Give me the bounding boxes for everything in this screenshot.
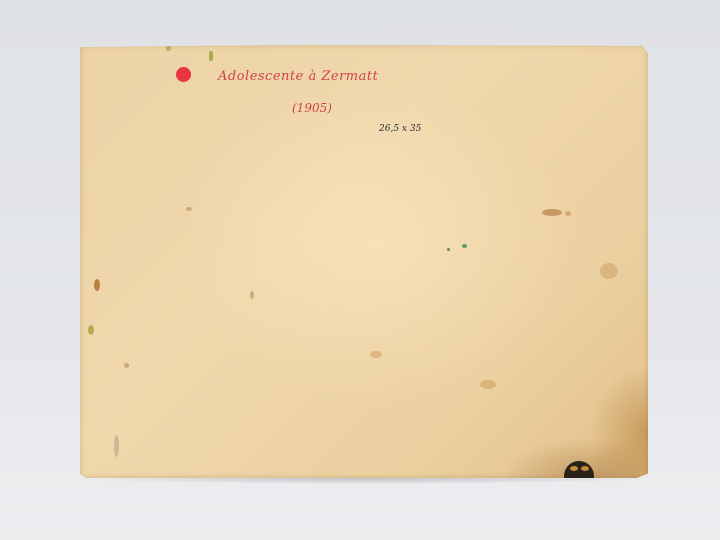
dimensions-inscription: 26,5 x 35	[379, 124, 421, 134]
hanger-ring	[564, 461, 594, 478]
paint-speck	[462, 244, 467, 248]
stain	[480, 380, 496, 389]
stain	[600, 263, 618, 279]
paint-speck	[166, 45, 171, 51]
paint-speck	[209, 51, 213, 61]
stain	[370, 351, 382, 358]
stain	[186, 207, 192, 211]
title-inscription: Adolescente à Zermatt	[218, 69, 378, 84]
red-sticker-dot	[176, 67, 191, 82]
stain	[88, 325, 94, 335]
stain	[94, 279, 100, 291]
paint-speck	[447, 248, 450, 251]
stain	[124, 363, 129, 368]
stain	[542, 209, 562, 216]
board-back: Adolescente à Zermatt (1905) 26,5 x 35	[80, 45, 648, 478]
stain	[114, 435, 119, 457]
year-inscription: (1905)	[292, 101, 332, 115]
stain	[250, 291, 254, 299]
stain	[565, 211, 571, 216]
